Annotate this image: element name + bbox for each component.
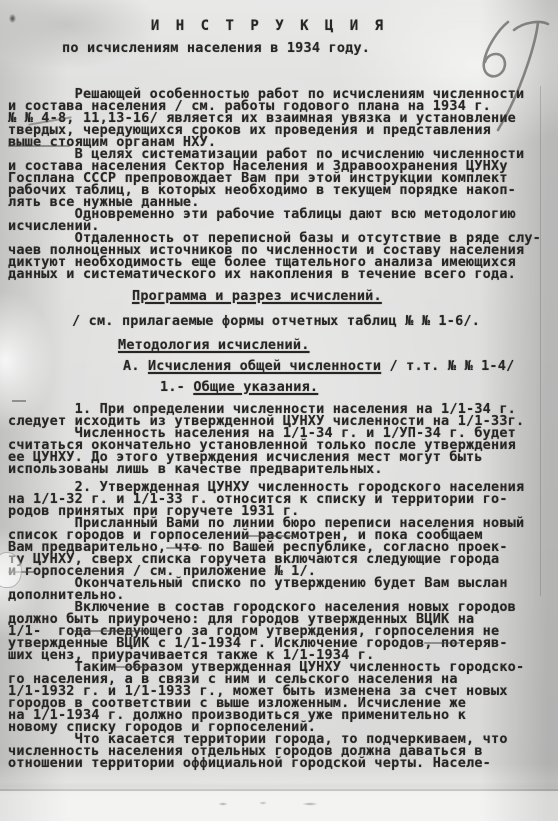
paragraph-systematization: В целях систематизации работ по исчислен… <box>8 148 550 208</box>
paragraph-city-list: Присланный Вами по линии бюро переписи н… <box>8 517 550 577</box>
pencil-underline <box>166 547 202 549</box>
document-subtitle: по исчислениям населения в 1934 году. <box>62 42 550 54</box>
sub1-title: Общие указания. <box>193 379 318 395</box>
paragraph-point-2: 2. Утвержденная ЦУНХУ численность городс… <box>8 481 550 517</box>
paragraph-intro: Решающей особенностью работ по исчислени… <box>8 88 550 148</box>
heading-general-directions: 1.- Общие указания. <box>160 381 550 393</box>
pencil-underline <box>241 535 299 537</box>
scanned-document-page: И Н С Т Р У К Ц И Я по исчислениям насел… <box>0 0 558 821</box>
pencil-underline <box>424 642 460 644</box>
pencil-underline <box>74 630 150 632</box>
paragraph-methodology-note: Одновременно эти рабочие таблицы дают вс… <box>8 208 550 232</box>
paragraph-point-1: 1. При определении численности населения… <box>8 403 550 475</box>
pencil-underline <box>8 145 70 147</box>
paragraph-remoteness: Отдаленность от переписной базы и отсутс… <box>8 232 550 280</box>
paragraph-thus: Таким образом утвержденная ЦУНХУ численн… <box>8 661 550 733</box>
heading-program-text: Программа и разрез исчислений. <box>132 288 382 304</box>
heading-methodology: Методология исчислений. <box>118 339 550 351</box>
sub1-prefix: 1.- <box>160 379 193 395</box>
pencil-underline <box>115 666 151 668</box>
forms-reference-note: / см. прилагаемые формы отчетных таблиц … <box>72 315 550 327</box>
heading-program: Программа и разрез исчислений. <box>132 290 550 302</box>
heading-methodology-text: Методология исчислений. <box>118 337 310 353</box>
section-a-title: Исчисления общей численности <box>148 358 381 374</box>
pencil-smudges <box>215 800 335 808</box>
paragraph-final-list: Окончательный списко по утверждению буде… <box>8 577 550 601</box>
document-title: И Н С Т Р У К Ц И Я <box>8 20 530 32</box>
heading-section-a: А. Исчисления общей численности / т.т. №… <box>123 360 550 372</box>
section-a-prefix: А. <box>123 358 148 374</box>
section-a-suffix: / т.т. № № 1-4/ <box>381 358 514 374</box>
pencil-dash <box>12 400 26 402</box>
typewritten-text-block: И Н С Т Р У К Ц И Я по исчислениям насел… <box>8 14 550 769</box>
paragraph-territory: Что касается территории города, то подче… <box>8 733 550 769</box>
